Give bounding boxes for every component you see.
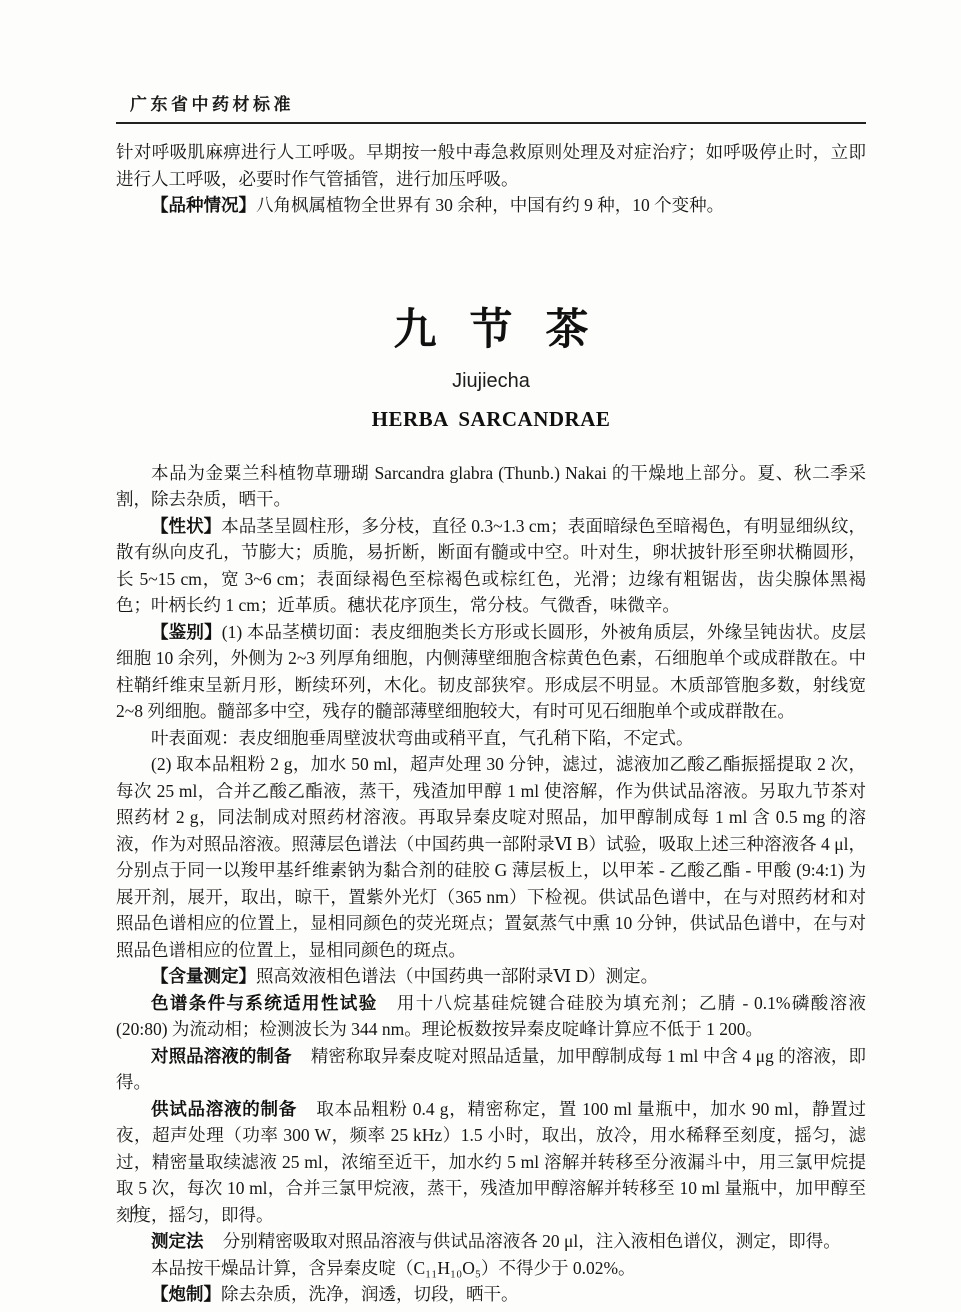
- monograph-title-latin: HERBA SARCANDRAE: [116, 407, 866, 432]
- body-paragraph: 【炮制】除去杂质，洗净，润透，切段，晒干。: [116, 1281, 866, 1308]
- section-label: 测定法: [151, 1231, 204, 1251]
- paragraph-text: 除去杂质，洗净，润透，切段，晒干。: [221, 1284, 519, 1304]
- paragraph-text: 照高效液相色谱法（中国药典一部附录Ⅵ D）测定。: [256, 966, 658, 986]
- paragraph-text: 八角枫属植物全世界有 30 余种，中国有约 9 种，10 个变种。: [256, 195, 724, 215]
- monograph-title-pinyin: Jiujiecha: [116, 370, 866, 393]
- body-paragraph: 叶表面观：表皮细胞垂周壁波状弯曲或稍平直，气孔稍下陷，不定式。: [116, 725, 866, 752]
- section-label: 【炮制】: [151, 1284, 221, 1304]
- body-paragraph: 【性状】本品茎呈圆柱形，多分枝，直径 0.3~1.3 cm；表面暗绿色至暗褐色，…: [116, 513, 866, 619]
- body-paragraph: 【品种情况】八角枫属植物全世界有 30 余种，中国有约 9 种，10 个变种。: [116, 192, 866, 219]
- section-label: 【含量测定】: [151, 966, 256, 986]
- paragraph-text: 本品茎呈圆柱形，多分枝，直径 0.3~1.3 cm；表面暗绿色至暗褐色，有明显细…: [116, 516, 866, 616]
- paragraph-text: 分别精密吸取对照品溶液与供试品溶液各 20 μl，注入液相色谱仪，测定，即得。: [223, 1231, 841, 1251]
- body-paragraph: 测定法分别精密吸取对照品溶液与供试品溶液各 20 μl，注入液相色谱仪，测定，即…: [116, 1228, 866, 1255]
- body-paragraph: 色谱条件与系统适用性试验用十八烷基硅烷键合硅胶为填充剂；乙腈 - 0.1%磷酸溶…: [116, 990, 866, 1043]
- body-paragraph: 本品为金粟兰科植物草珊瑚 Sarcandra glabra (Thunb.) N…: [116, 460, 866, 513]
- section-label: 对照品溶液的制备: [151, 1046, 292, 1066]
- book-title: 广东省中药材标准: [130, 95, 294, 114]
- body-paragraph: 本品按干燥品计算，含异秦皮啶（C₁₁H₁₀O₅）不得少于 0.02%。: [116, 1255, 866, 1282]
- paragraph-text: 本品为金粟兰科植物草珊瑚 Sarcandra glabra (Thunb.) N…: [116, 463, 866, 510]
- page-content: 广东省中药材标准 针对呼吸肌麻痹进行人工呼吸。早期按一般中毒急救原则处理及对症治…: [116, 90, 866, 1308]
- section-label: 【性状】: [151, 516, 221, 536]
- section-label: 供试品溶液的制备: [151, 1099, 297, 1119]
- body-paragraph: 【鉴别】(1) 本品茎横切面：表皮细胞类长方形或长圆形，外被角质层，外缘呈钝齿状…: [116, 619, 866, 725]
- body-paragraph: 【含量测定】照高效液相色谱法（中国药典一部附录Ⅵ D）测定。: [116, 963, 866, 990]
- body-paragraph: 供试品溶液的制备取本品粗粉 0.4 g，精密称定，置 100 ml 量瓶中，加水…: [116, 1096, 866, 1229]
- monograph-title-chinese: 九节茶: [116, 307, 866, 353]
- section-label: 【品种情况】: [151, 195, 256, 215]
- paragraph-text: (1) 本品茎横切面：表皮细胞类长方形或长圆形，外被角质层，外缘呈钝齿状。皮层细…: [116, 622, 866, 722]
- body-paragraph: 对照品溶液的制备精密称取异秦皮啶对照品适量，加甲醇制成每 1 ml 中含 4 μ…: [116, 1043, 866, 1096]
- section-label: 色谱条件与系统适用性试验: [151, 993, 378, 1013]
- section-label: 【鉴别】: [151, 622, 222, 642]
- page-number: 4: [130, 1200, 139, 1221]
- body-paragraph: 针对呼吸肌麻痹进行人工呼吸。早期按一般中毒急救原则处理及对症治疗；如呼吸停止时，…: [116, 139, 866, 192]
- paragraph-text: (2) 取本品粗粉 2 g，加水 50 ml，超声处理 30 分钟，滤过，滤液加…: [116, 754, 866, 960]
- paragraph-text: 本品按干燥品计算，含异秦皮啶（C₁₁H₁₀O₅）不得少于 0.02%。: [151, 1258, 636, 1278]
- previous-monograph-continuation: 针对呼吸肌麻痹进行人工呼吸。早期按一般中毒急救原则处理及对症治疗；如呼吸停止时，…: [116, 139, 866, 219]
- body-paragraph: (2) 取本品粗粉 2 g，加水 50 ml，超声处理 30 分钟，滤过，滤液加…: [116, 751, 866, 963]
- paragraph-text: 叶表面观：表皮细胞垂周壁波状弯曲或稍平直，气孔稍下陷，不定式。: [151, 728, 694, 748]
- scanned-document-page: 广东省中药材标准 针对呼吸肌麻痹进行人工呼吸。早期按一般中毒急救原则处理及对症治…: [0, 0, 961, 1312]
- monograph-header: 九节茶 Jiujiecha HERBA SARCANDRAE: [116, 307, 866, 432]
- monograph-body: 本品为金粟兰科植物草珊瑚 Sarcandra glabra (Thunb.) N…: [116, 460, 866, 1308]
- paragraph-text: 针对呼吸肌麻痹进行人工呼吸。早期按一般中毒急救原则处理及对症治疗；如呼吸停止时，…: [116, 142, 866, 189]
- running-header: 广东省中药材标准: [116, 90, 866, 124]
